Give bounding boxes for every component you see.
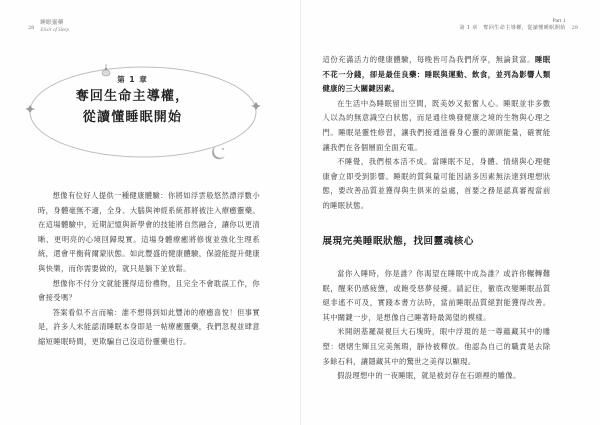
book-title-en: Elixir of Sleep xyxy=(40,27,69,34)
book-spread: 28 睡眠靈藥 Elixir of Sleep xyxy=(0,0,600,425)
intro-plain-text: 這份充滿活力的健康體驗，每晚皆可為我們所享，無論貧富。 xyxy=(323,55,535,64)
page-number: 28 xyxy=(28,25,34,31)
paragraph: 當你入睡時，你是誰？你渴望在睡眠中成為誰？或許你輾轉難眠，醒來仍感疲憊，或飽受惡… xyxy=(323,267,551,325)
right-body-text-top: 這份充滿活力的健康體驗，每晚皆可為我們所享，無論貧富。睡眠不花一分錢，卻是最佳良… xyxy=(323,53,551,214)
section-heading: 展現完美睡眠狀態，找回靈魂核心 xyxy=(323,233,475,247)
paragraph: 米開朗基羅凝視巨大石塊時，眼中浮現的是一尊蘊藏其中的雕塑：熠熠生輝且完美無瑕，靜… xyxy=(323,325,551,369)
left-body-text: 想像有位好人提供一種健康體驗：你將如浮雲般悠然漂浮數小時，身體毫無不適，全身、大… xyxy=(38,189,260,350)
chapter-title-line2: 從讀懂睡眠開始 xyxy=(20,106,245,125)
right-body-text-section: 當你入睡時，你是誰？你渴望在睡眠中成為誰？或許你輾轉難眠，醒來仍感疲憊，或飽受惡… xyxy=(323,267,551,384)
chapter-title-oval: 第 1 章 奪回生命主導權， 從讀懂睡眠開始 xyxy=(20,60,245,120)
paragraph: 答案看似不言而喻：誰不想得到如此豐沛的療癒喜悅！但事實是，許多人未能認清睡眠本身… xyxy=(38,306,260,350)
paragraph: 假設理想中的一夜睡眠，就是被封存在石頭裡的雕像。 xyxy=(323,369,551,384)
page-number: 29 xyxy=(572,25,578,31)
running-header-left: 28 睡眠靈藥 Elixir of Sleep xyxy=(28,20,69,34)
left-page: 28 睡眠靈藥 Elixir of Sleep xyxy=(0,0,301,425)
chapter-title-line1: 奪回生命主導權， xyxy=(20,85,245,104)
crescent-moon-icon xyxy=(212,146,225,159)
chapter-number: 第 1 章 xyxy=(20,74,245,85)
running-header-right: Part 1 第 1 章 奪回生命主導權，從讀懂睡眠開始 29 xyxy=(459,18,578,32)
intro-paragraph: 這份充滿活力的健康體驗，每晚皆可為我們所享，無論貧富。睡眠不花一分錢，卻是最佳良… xyxy=(323,53,551,97)
paragraph: 在生活中為睡眠留出空間，既美妙又振奮人心。睡眠並非多數人以為的無意識空白狀態，而… xyxy=(323,97,551,155)
paragraph: 想像你不付分文就能獲得這份禮物，且完全不會耽誤工作，你會接受嗎？ xyxy=(38,277,260,306)
paragraph: 想像有位好人提供一種健康體驗：你將如浮雲般悠然漂浮數小時，身體毫無不適，全身、大… xyxy=(38,189,260,277)
right-page: Part 1 第 1 章 奪回生命主導權，從讀懂睡眠開始 29 這份充滿活力的健… xyxy=(301,0,600,425)
star-icon-right xyxy=(251,102,261,110)
chapter-running-title: 第 1 章 奪回生命主導權，從讀懂睡眠開始 xyxy=(459,25,565,32)
part-label: Part 1 xyxy=(553,18,566,25)
paragraph: 不睡覺，我們根本活不成。當睡眠不足，身體、情緒與心理健康會立即受到影響。睡眠的質… xyxy=(323,155,551,213)
book-title-zh: 睡眠靈藥 xyxy=(40,20,69,27)
